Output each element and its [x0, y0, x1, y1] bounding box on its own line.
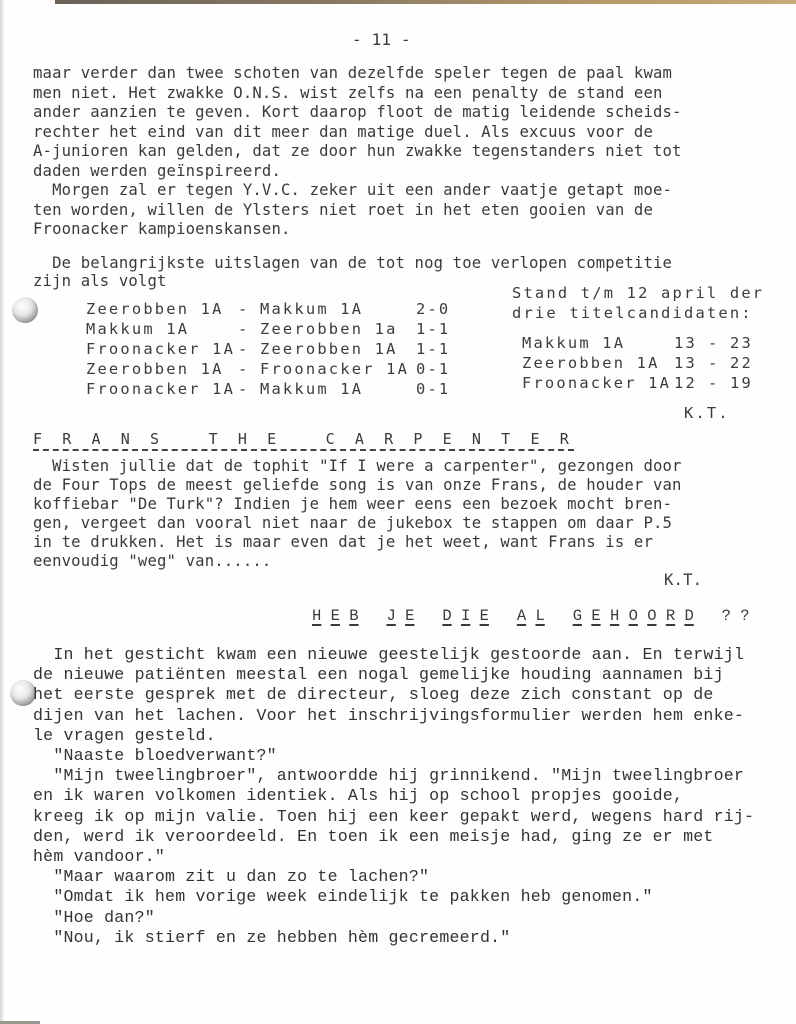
- dash: -: [238, 340, 249, 359]
- text-line: gen, vergeet dan vooral niet naar de juk…: [33, 514, 672, 533]
- text-line: dijen van het lachen. Voor het inschrijv…: [33, 706, 744, 725]
- team: Froonacker 1A: [522, 374, 671, 393]
- page-left-edge: [0, 0, 4, 1024]
- text-line: eenvoudig "weg" van......: [33, 552, 271, 571]
- text-line: men niet. Het zwakke O.N.S. wist zelfs n…: [33, 84, 663, 103]
- home-team: Zeerobben 1A: [86, 360, 224, 379]
- text-line: het eerste gesprek met de directeur, slo…: [33, 685, 714, 704]
- score: 0-1: [416, 380, 450, 399]
- text-line: en ik waren volkomen identiek. Als hij o…: [33, 786, 683, 805]
- away-team: Makkum 1A: [260, 380, 363, 399]
- standings-signature: K.T.: [684, 404, 730, 423]
- text-line: de nieuwe patiënten meestal een nogal ge…: [33, 665, 724, 684]
- frans-signature: K.T.: [664, 571, 702, 590]
- score: 0-1: [416, 360, 450, 379]
- heading-letter: D: [442, 607, 451, 625]
- team: Makkum 1A: [522, 334, 625, 353]
- away-team: Froonacker 1A: [260, 360, 409, 379]
- text-line: le vragen gesteld.: [33, 726, 216, 745]
- page-number: - 11 -: [352, 30, 411, 49]
- heading-letter: O: [647, 607, 656, 625]
- heading-punctuation: ?: [740, 607, 759, 625]
- dash: -: [708, 354, 719, 373]
- text-line: daden werden geïnspireerd.: [33, 162, 281, 181]
- text-line: "Naaste bloedverwant?": [33, 746, 277, 765]
- text-line: In het gesticht kwam een nieuwe geesteli…: [33, 645, 744, 664]
- text-line: rechter het eind van dit meer dan matige…: [33, 123, 653, 142]
- heading-letter: R: [666, 607, 675, 625]
- points: 23: [730, 334, 753, 353]
- text-line: maar verder dan twee schoten van dezelfd…: [33, 64, 672, 83]
- text-line: den, werd ik veroordeeld. En toen ik een…: [33, 827, 714, 846]
- text-line: kreeg ik op mijn valie. Toen hij een kee…: [33, 807, 754, 826]
- text-line: de Four Tops de meest geliefde song is v…: [33, 476, 682, 495]
- played: 12: [674, 374, 697, 393]
- heading-punctuation: ?: [722, 607, 741, 625]
- away-team: Zeerobben 1A: [260, 340, 398, 359]
- text-line: koffiebar "De Turk"? Indien je hem weer …: [33, 495, 672, 514]
- heading-letter: H: [312, 607, 321, 625]
- heading-letter: H: [610, 607, 619, 625]
- team: Zeerobben 1A: [522, 354, 660, 373]
- text-line: "Omdat ik hem vorige week eindelijk te p…: [33, 887, 653, 906]
- heading-letter: O: [629, 607, 638, 625]
- heading-letter: B: [349, 607, 358, 625]
- dash: -: [708, 374, 719, 393]
- dash: -: [238, 380, 249, 399]
- home-team: Froonacker 1A: [86, 340, 235, 359]
- text-line: Wisten jullie dat de tophit "If I were a…: [33, 457, 682, 476]
- section-heading-frans: F R A N S T H E C A R P E N T E R: [33, 430, 574, 451]
- away-team: Zeerobben 1a: [260, 320, 398, 339]
- standings-title: drie titelcandidaten:: [512, 304, 753, 323]
- away-team: Makkum 1A: [260, 300, 363, 319]
- dash: -: [708, 334, 719, 353]
- text-line: hèm vandoor.": [33, 847, 165, 866]
- text-line: zijn als volgt: [33, 272, 167, 291]
- text-line: Froonacker kampioenskansen.: [33, 220, 291, 239]
- dash: -: [238, 360, 249, 379]
- heading-letter: A: [517, 607, 526, 625]
- text-line: "Nou, ik stierf en ze hebben hèm gecreme…: [33, 928, 510, 947]
- standings-title: Stand t/m 12 april der: [512, 284, 764, 303]
- score: 1-1: [416, 340, 450, 359]
- heading-letter: I: [461, 607, 470, 625]
- home-team: Makkum 1A: [86, 320, 189, 339]
- home-team: Zeerobben 1A: [86, 300, 224, 319]
- heading-letter: D: [684, 607, 693, 625]
- dash: -: [238, 300, 249, 319]
- played: 13: [674, 334, 697, 353]
- score: 1-1: [416, 320, 450, 339]
- points: 19: [730, 374, 753, 393]
- text-line: ander aanzien te geven. Kort daarop floo…: [33, 103, 682, 122]
- page-top-edge-shadow: [55, 0, 796, 4]
- document-page: - 11 - maar verder dan twee schoten van …: [0, 0, 796, 1024]
- score: 2-0: [416, 300, 450, 319]
- text-line: in te drukken. Het is maar even dat je h…: [33, 533, 653, 552]
- heading-letter: E: [331, 607, 340, 625]
- heading-letter: E: [480, 607, 489, 625]
- heading-letter: J: [386, 607, 395, 625]
- text-line: A-junioren kan gelden, dat ze door hun z…: [33, 142, 682, 161]
- text-line: "Hoe dan?": [33, 908, 155, 927]
- heading-letter: L: [535, 607, 544, 625]
- heading-letter: E: [405, 607, 414, 625]
- section-heading-joke: H E B J E D I E A L G E H O O R D ? ?: [312, 607, 759, 625]
- dash: -: [238, 320, 249, 339]
- text-line: "Maar waarom zit u dan zo te lachen?": [33, 867, 429, 886]
- text-line: De belangrijkste uitslagen van de tot no…: [33, 254, 672, 273]
- text-line: ten worden, willen de Ylsters niet roet …: [33, 201, 653, 220]
- heading-letter: G: [573, 607, 582, 625]
- played: 13: [674, 354, 697, 373]
- points: 22: [730, 354, 753, 373]
- punch-hole-icon: [12, 297, 38, 323]
- heading-letter: E: [591, 607, 600, 625]
- text-line: Morgen zal er tegen Y.V.C. zeker uit een…: [33, 181, 672, 200]
- home-team: Froonacker 1A: [86, 380, 235, 399]
- text-line: "Mijn tweelingbroer", antwoordde hij gri…: [33, 766, 744, 785]
